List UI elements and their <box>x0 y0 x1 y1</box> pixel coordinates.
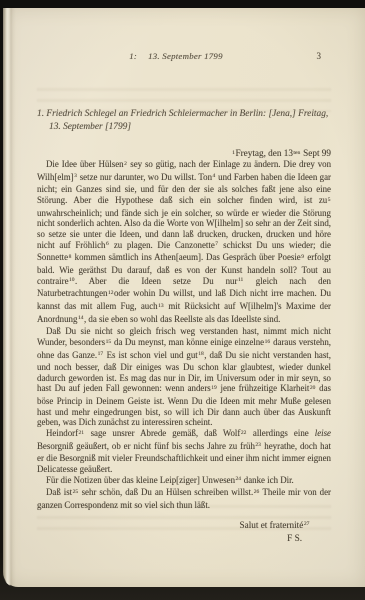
letter-body: Die Idee über Hülsen2 sey so gütig, nach… <box>37 159 331 544</box>
footnote-marker: 17 <box>98 351 104 357</box>
footnote-marker: 20 <box>310 385 316 391</box>
footnote-marker: 26 <box>254 489 260 495</box>
page-edge <box>3 8 16 587</box>
footnote-marker: 11 <box>238 277 243 283</box>
text-run: , da sie eben so wohl das Reellste als d… <box>84 314 280 324</box>
footnote-marker: 7 <box>215 241 218 247</box>
footnote-marker: 15 <box>106 339 112 345</box>
text-run: kommen sämtlich ins Athen[aeum]. Das Ges… <box>72 252 301 262</box>
footnote-marker: 2 <box>124 161 127 167</box>
footnote-marker: 14 <box>78 315 84 321</box>
footnote-marker: 10 <box>69 277 75 283</box>
paragraph: Daß ist25 sehr schön, daß Du an Hülsen s… <box>37 487 331 510</box>
paragraph: Daß Du sie nicht so gleich frisch weg ve… <box>37 326 331 428</box>
paragraph: Für die Notizen über das kleine Leip[zig… <box>37 475 331 488</box>
footnote-marker: 5 <box>328 197 331 203</box>
text-run: Für die Notizen über das kleine Leip[zig… <box>46 475 235 485</box>
paragraph-list: Die Idee über Hülsen2 sey so gütig, nach… <box>37 159 331 511</box>
text-run: Besorgniß geäußert, ob er nicht fünf bis… <box>37 441 255 451</box>
letter-heading-line1: 1. Friedrich Schlegel an Friedrich Schle… <box>37 108 331 121</box>
text-run: sage unsrer Abrede gemäß, daß Wolf <box>85 428 241 438</box>
page-number: 3 <box>317 51 322 61</box>
book-page: 1: 13. September 1799 3 1. Friedrich Sch… <box>3 8 365 587</box>
running-head: 1: 13. September 1799 <box>29 51 323 61</box>
footnote-marker: 1 <box>232 150 235 156</box>
letter-heading: 1. Friedrich Schlegel an Friedrich Schle… <box>37 108 331 134</box>
text-run: zu plagen. Die Canzonette <box>109 240 215 250</box>
text-run: Die Idee über Hülsen <box>46 159 124 169</box>
footnote-marker: 23 <box>255 442 261 448</box>
text-run: Sept 99 <box>301 148 331 158</box>
text-run: jene frühzeitige Klarheit <box>217 383 309 393</box>
footnote-marker: 4 <box>213 173 216 179</box>
footnote-marker: ten <box>293 150 300 156</box>
text-run: Es ist schon viel und gut <box>104 350 198 360</box>
footnote-marker: 18 <box>198 351 204 357</box>
closing-salutation: Salut et fraternité27 <box>37 520 331 533</box>
footnote-marker: 8 <box>69 254 72 260</box>
text-run: allerdings eine <box>247 428 315 438</box>
running-head-title: 13. September 1799 <box>148 51 223 61</box>
letter-heading-line2: 13. September [1799] <box>37 121 331 134</box>
text-run: da Du meynst, man könne einige einzelne <box>112 337 265 347</box>
text-run: . Aber die Ideen setze Du nur <box>75 276 237 286</box>
text-run: Heindorf <box>46 428 78 438</box>
footnote-marker: 6 <box>106 241 109 247</box>
paragraph: Heindorf21 sage unsrer Abrede gemäß, daß… <box>37 428 331 475</box>
signature: F S. <box>37 533 331 544</box>
footnote-marker: 21 <box>79 430 85 436</box>
text-run: Freytag, den 13 <box>236 148 293 158</box>
text-run: sehr schön, daß Du an Hülsen schreiben w… <box>79 487 254 497</box>
footnote-marker: 9 <box>301 254 304 260</box>
footnote-marker: 13 <box>158 303 164 309</box>
footnote-marker: 27 <box>304 521 310 527</box>
text-run: Salut et fraternité <box>240 520 304 530</box>
text-run: danke ich Dir. <box>242 475 294 485</box>
footnote-marker: 3 <box>74 173 77 179</box>
footnote-marker: 16 <box>265 339 271 345</box>
text-run: Daß ist <box>46 487 72 497</box>
text-run-italic: leise <box>315 428 331 438</box>
text-run: setze nur darunter, wo Du willst. Ton <box>77 172 212 182</box>
running-head-section: 1: <box>129 51 137 61</box>
footnote-marker: 24 <box>236 476 242 482</box>
paragraph: Die Idee über Hülsen2 sey so gütig, nach… <box>37 159 331 326</box>
footnote-marker: 19 <box>211 385 217 391</box>
footnote-marker: 12 <box>108 290 114 296</box>
dateline: 1Freytag, den 13ten Sept 99 <box>37 148 331 158</box>
footnote-marker: 22 <box>241 430 247 436</box>
footnote-marker: 25 <box>73 489 79 495</box>
